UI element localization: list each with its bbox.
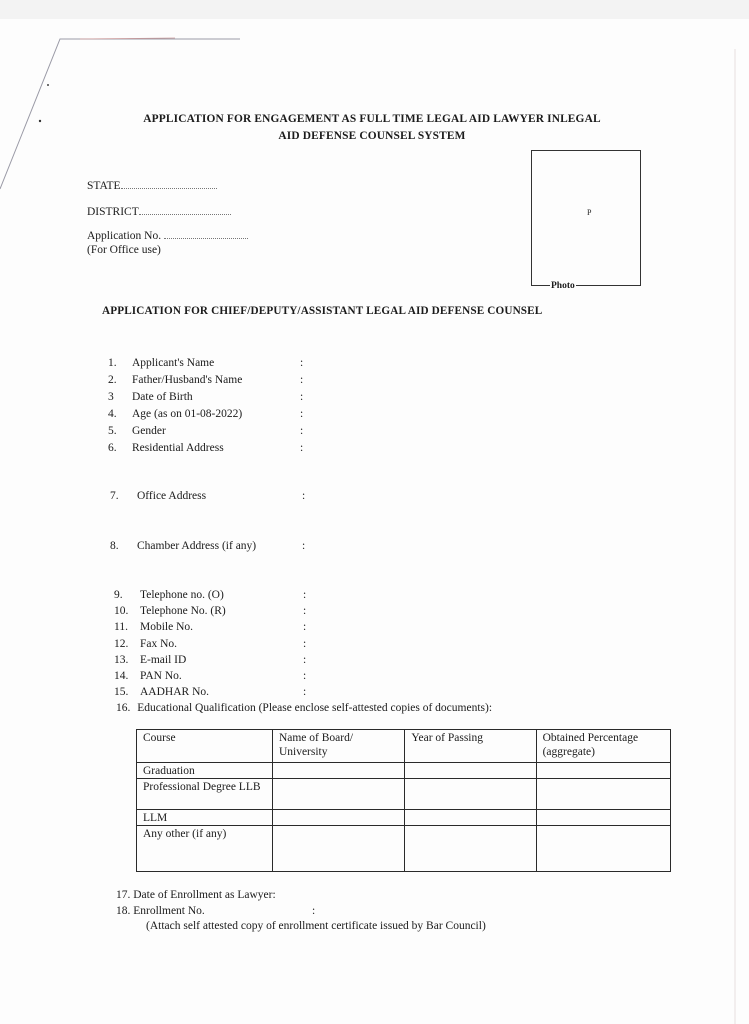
education-table-header: Course Name of Board/ University Year of…: [137, 730, 671, 763]
course-text: Professional Degree LLB: [143, 780, 261, 794]
item-label: E-mail ID: [140, 653, 186, 667]
enrollment-number-separator: :: [312, 904, 315, 919]
item-number: 5.: [108, 424, 117, 438]
item-label: Applicant's Name: [132, 356, 214, 370]
list-item[interactable]: 4.Age (as on 01-08-2022):: [108, 407, 310, 421]
item-label: Father/Husband's Name: [132, 373, 242, 387]
item-label: AADHAR No.: [140, 685, 209, 699]
list-item[interactable]: 14.PAN No.:: [114, 669, 313, 683]
item-number: 11.: [114, 620, 128, 634]
item-label: Telephone no. (O): [140, 588, 224, 602]
item-label: Age (as on 01-08-2022): [132, 407, 242, 421]
item-label: Fax No.: [140, 637, 177, 651]
state-field[interactable]: STATE: [87, 178, 217, 192]
list-item[interactable]: 6.Residential Address:: [108, 441, 310, 455]
item-number: 13.: [114, 653, 128, 667]
year-cell[interactable]: [405, 763, 536, 779]
item-label: Residential Address: [132, 441, 224, 455]
header-year: Year of Passing: [405, 730, 536, 763]
table-row: Professional Degree LLB: [137, 779, 671, 810]
item-number: 15.: [114, 685, 128, 699]
list-item[interactable]: 5.Gender:: [108, 424, 310, 438]
application-no-label: Application No.: [87, 230, 161, 242]
item-number: 10.: [114, 604, 128, 618]
table-row: Graduation: [137, 763, 671, 779]
photo-label: Photo: [550, 281, 576, 292]
percentage-cell[interactable]: [536, 826, 670, 872]
office-use-note: (For Office use): [87, 243, 248, 257]
item-label: Office Address: [137, 489, 206, 503]
form-page: APPLICATION FOR ENGAGEMENT AS FULL TIME …: [0, 19, 749, 1024]
item-number: 12.: [114, 637, 128, 651]
year-cell[interactable]: [405, 810, 536, 826]
education-heading: 16. Educational Qualification (Please en…: [116, 702, 492, 714]
photo-box[interactable]: P Photo: [531, 150, 641, 286]
header-course: Course: [137, 730, 273, 763]
education-num: 16.: [116, 702, 130, 714]
table-row: Any other (if any): [137, 826, 671, 872]
list-item[interactable]: 2.Father/Husband's Name:: [108, 373, 310, 387]
item-label: Telephone No. (R): [140, 604, 226, 618]
board-cell[interactable]: [272, 763, 404, 779]
board-cell[interactable]: [272, 826, 404, 872]
item-separator: :: [303, 604, 306, 618]
list-item[interactable]: 8.Chamber Address (if any):: [110, 539, 312, 553]
district-label: DISTRICT: [87, 206, 139, 218]
list-item[interactable]: 15.AADHAR No.:: [114, 685, 313, 699]
list-item[interactable]: 12.Fax No.:: [114, 637, 313, 651]
education-label: Educational Qualification (Please enclos…: [137, 702, 492, 714]
list-item[interactable]: 7.Office Address:: [110, 489, 312, 503]
application-no-input-line[interactable]: [164, 228, 248, 239]
item-separator: :: [300, 356, 303, 370]
table-row: LLM: [137, 810, 671, 826]
list-item[interactable]: 1.Applicant's Name:: [108, 356, 310, 370]
header-board: Name of Board/ University: [272, 730, 404, 763]
item-separator: :: [303, 620, 306, 634]
item-number: 2.: [108, 373, 117, 387]
item-label: Mobile No.: [140, 620, 193, 634]
header-percentage: Obtained Percentage (aggregate): [536, 730, 670, 763]
course-cell: LLM: [137, 810, 273, 826]
board-cell[interactable]: [272, 779, 404, 810]
item-separator: :: [300, 441, 303, 455]
enrollment-number-label: 18. Enrollment No.: [116, 905, 205, 917]
district-field[interactable]: DISTRICT: [87, 204, 231, 218]
item-separator: :: [300, 424, 303, 438]
item-number: 6.: [108, 441, 117, 455]
item-number: 4.: [108, 407, 117, 421]
percentage-cell[interactable]: [536, 810, 670, 826]
item-separator: :: [302, 539, 305, 553]
item-separator: :: [303, 685, 306, 699]
state-label: STATE: [87, 180, 121, 192]
item-separator: :: [303, 588, 306, 602]
list-item[interactable]: 3Date of Birth:: [108, 390, 310, 404]
item-label: Gender: [132, 424, 166, 438]
course-cell: Graduation: [137, 763, 273, 779]
application-no-field[interactable]: Application No. (For Office use): [87, 228, 248, 257]
item-number: 3: [108, 390, 114, 404]
list-item[interactable]: 11.Mobile No.:: [114, 620, 313, 634]
photo-mark: P: [587, 208, 591, 217]
item-separator: :: [303, 653, 306, 667]
item-separator: :: [300, 407, 303, 421]
state-input-line[interactable]: [121, 178, 217, 189]
item-number: 9.: [114, 588, 123, 602]
list-item[interactable]: 13.E-mail ID:: [114, 653, 313, 667]
form-title: APPLICATION FOR ENGAGEMENT AS FULL TIME …: [72, 111, 672, 145]
form-title-line2: AID DEFENSE COUNSEL SYSTEM: [72, 128, 672, 145]
item-label: Date of Birth: [132, 390, 193, 404]
percentage-cell[interactable]: [536, 763, 670, 779]
item-separator: :: [300, 390, 303, 404]
year-cell[interactable]: [405, 826, 536, 872]
item-number: 1.: [108, 356, 117, 370]
item-number: 7.: [110, 489, 119, 503]
district-input-line[interactable]: [139, 204, 231, 215]
board-cell[interactable]: [272, 810, 404, 826]
course-cell: Any other (if any): [137, 826, 273, 872]
item-label: Chamber Address (if any): [137, 539, 256, 553]
item-separator: :: [303, 669, 306, 683]
list-item[interactable]: 9.Telephone no. (O):: [114, 588, 313, 602]
enrollment-date-field: 17. Date of Enrollment as Lawyer:: [116, 888, 276, 903]
enrollment-note: (Attach self attested copy of enrollment…: [146, 919, 486, 934]
item-separator: :: [303, 637, 306, 651]
year-cell[interactable]: [405, 779, 536, 810]
item-separator: :: [302, 489, 305, 503]
item-number: 8.: [110, 539, 119, 553]
percentage-cell[interactable]: [536, 779, 670, 810]
enrollment-number-field: 18. Enrollment No. :: [116, 904, 205, 919]
item-label: PAN No.: [140, 669, 182, 683]
course-cell: Professional Degree LLB: [137, 779, 273, 810]
list-item[interactable]: 10.Telephone No. (R):: [114, 604, 313, 618]
form-title-line1: APPLICATION FOR ENGAGEMENT AS FULL TIME …: [72, 111, 672, 128]
education-table: Course Name of Board/ University Year of…: [136, 729, 671, 872]
item-separator: :: [300, 373, 303, 387]
item-number: 14.: [114, 669, 128, 683]
form-subtitle: APPLICATION FOR CHIEF/DEPUTY/ASSISTANT L…: [102, 303, 542, 320]
